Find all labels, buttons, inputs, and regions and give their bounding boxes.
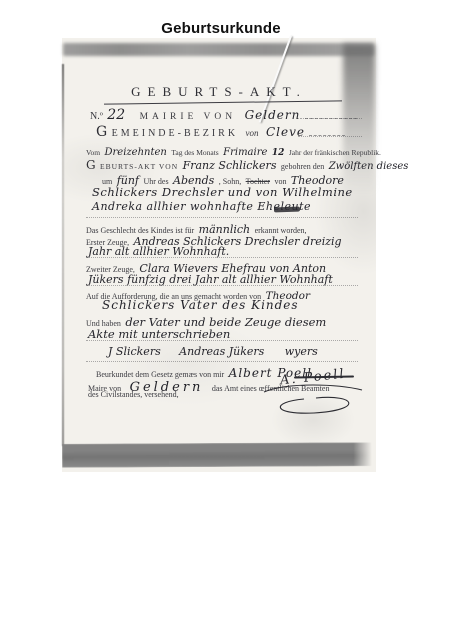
heading-rule xyxy=(104,100,342,104)
gemeinde-initial: G xyxy=(96,124,107,140)
parents-line-1: Schlickers Drechsler und von Wilhelmine xyxy=(92,185,353,199)
birth-initial: G xyxy=(86,158,96,172)
signature-flourish-icon xyxy=(258,384,368,418)
request-line-2: Schlickers Vater des Kindes xyxy=(102,298,299,312)
gemeinde-line: G EMEINDE-BEZIRK von Cleve xyxy=(96,123,345,141)
akt-heading: GEBURTS-AKT. xyxy=(62,84,376,100)
dotted-leader xyxy=(86,360,358,362)
signature-juekers: Andreas Jükers xyxy=(179,345,264,358)
dotted-leader xyxy=(298,135,362,137)
signature-wyers: wyers xyxy=(285,345,318,358)
dotted-leader xyxy=(86,216,358,218)
witness-signatures: J Slickers Andreas Jükers wyers xyxy=(108,342,318,360)
dotted-leader xyxy=(86,339,358,341)
page-title: Geburtsurkunde xyxy=(0,20,442,37)
number-label: N.º xyxy=(90,111,103,122)
scanned-birth-certificate: GEBURTS-AKT. N.º 22 MAIRIE VON Geldern G… xyxy=(62,38,376,472)
mairie-line: N.º 22 MAIRIE VON Geldern xyxy=(90,106,357,124)
dotted-leader xyxy=(86,256,358,258)
maire-line-2: des Civilstandes, versehend, xyxy=(88,390,179,399)
act-number: 22 xyxy=(107,107,125,123)
signature-slickers: J Slickers xyxy=(108,345,161,358)
gemeinde-von: von xyxy=(246,128,259,138)
scan-artifact-top-band xyxy=(63,43,374,56)
scan-artifact-bottom-band xyxy=(62,442,372,468)
mairie-value: Geldern xyxy=(245,108,301,122)
dotted-leader xyxy=(300,117,362,119)
dotted-leader xyxy=(86,284,358,286)
ink-scribble xyxy=(274,207,300,213)
mairie-label: MAIRIE VON xyxy=(140,112,237,122)
officiant-signature-block: A. Poell xyxy=(258,368,368,418)
document-page: Geburtsurkunde GEBURTS-AKT. N.º 22 MAIRI… xyxy=(0,0,452,640)
birth-label: EBURTS-AKT VON xyxy=(100,162,178,171)
gemeinde-label: EMEINDE-BEZIRK xyxy=(112,128,238,139)
scan-artifact-left-edge xyxy=(62,64,64,446)
birth-mid: gebohren den xyxy=(281,162,324,171)
